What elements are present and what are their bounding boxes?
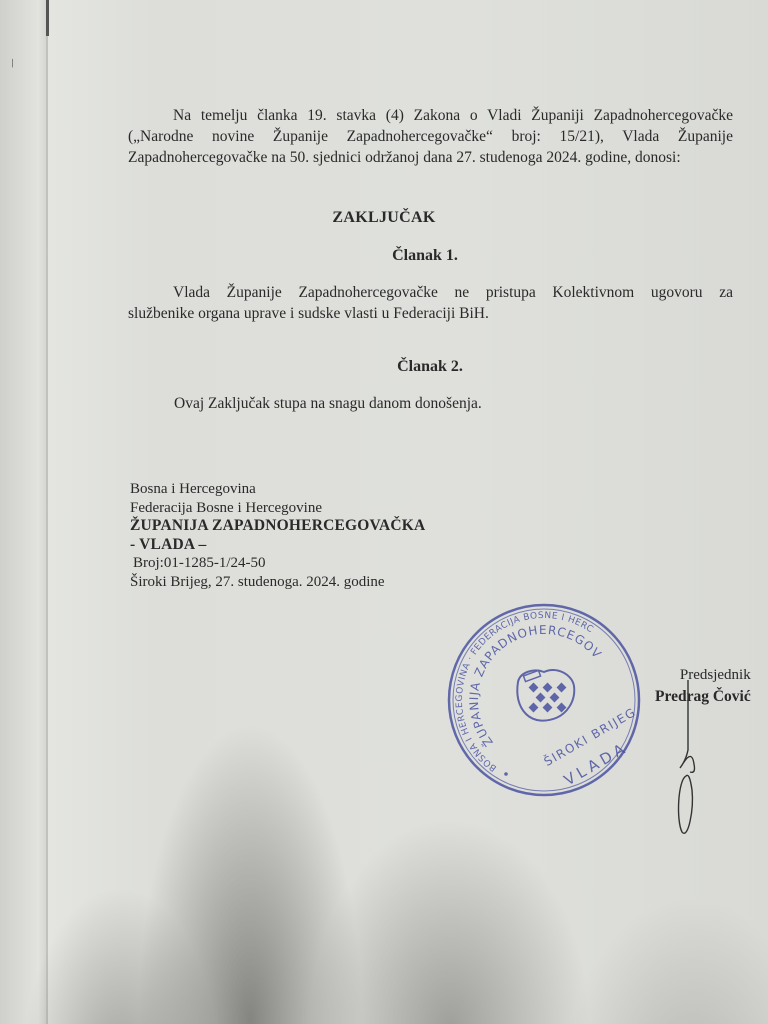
intro-line: Zapadnohercegovačke na 50. sjednici održ… xyxy=(128,147,733,168)
issuer-body: - VLADA – xyxy=(130,536,425,555)
article-1-body: Vlada Županije Zapadnohercegovačke ne pr… xyxy=(128,282,733,324)
official-stamp-icon: BOSNA I HERCEGOVINA · FEDERACIJA BOSNE I… xyxy=(446,602,642,798)
article-line: Vlada Županije Zapadnohercegovačke ne pr… xyxy=(128,282,733,303)
intro-line: („Narodne novine Županije Zapadnohercego… xyxy=(128,126,733,147)
pen-mark xyxy=(46,0,49,36)
document-number: Broj:01-1285-1/24-50 xyxy=(130,554,425,573)
paper-edge xyxy=(0,0,48,1024)
signature-icon xyxy=(660,680,720,840)
issuer-federation: Federacija Bosne i Hercegovine xyxy=(130,499,425,518)
document-title: ZAKLJUČAK xyxy=(0,207,768,228)
article-1-heading: Članak 1. xyxy=(0,245,768,266)
intro-paragraph: Na temelju članka 19. stavka (4) Zakona … xyxy=(128,105,733,168)
issuer-block: Bosna i Hercegovina Federacija Bosne i H… xyxy=(130,480,425,591)
intro-line: Na temelju članka 19. stavka (4) Zakona … xyxy=(128,105,733,126)
article-2-heading: Članak 2. xyxy=(0,356,768,377)
article-2-body: Ovaj Zaključak stupa na snagu danom dono… xyxy=(174,393,482,414)
article-line: službenike organa uprave i sudske vlasti… xyxy=(128,303,733,324)
place-date: Široki Brijeg, 27. studenoga. 2024. godi… xyxy=(130,573,425,592)
paper-fold xyxy=(46,0,48,1024)
coat-of-arms-icon xyxy=(517,670,574,721)
issuer-canton: ŽUPANIJA ZAPADNOHERCEGOVAČKA xyxy=(130,517,425,536)
issuer-country: Bosna i Hercegovina xyxy=(130,480,425,499)
